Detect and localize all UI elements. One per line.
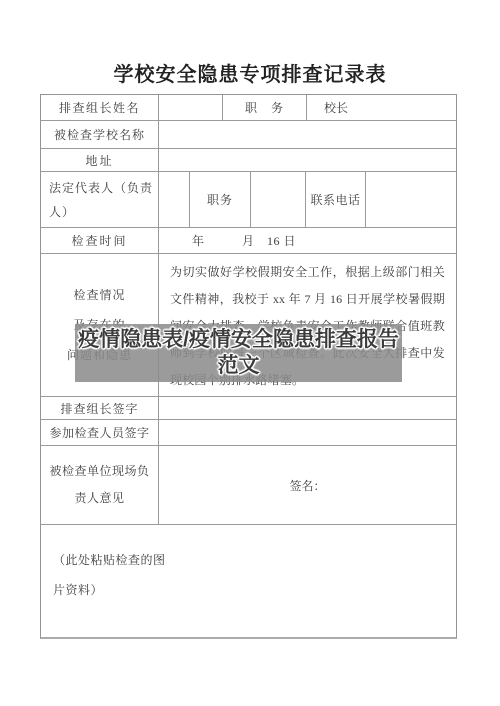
table-row-inspection-time: 检查时间 年 月 16 日	[41, 228, 456, 254]
inspection-time-value: 年 月 16 日	[159, 228, 456, 253]
address-value-cell	[159, 149, 456, 171]
table-row-legal-representative: 法定代表人（负责人） 职务 联系电话	[41, 172, 456, 228]
rep-duty-label: 职务	[190, 172, 251, 227]
address-label: 地址	[41, 149, 159, 171]
leader-signature-value-cell	[159, 397, 456, 419]
unit-opinion-label: 被检查单位现场负责人意见	[41, 446, 159, 524]
school-name-label: 被检查学校名称	[41, 121, 159, 148]
participants-signature-label: 参加检查人员签字	[41, 420, 159, 445]
phone-value-cell	[366, 172, 456, 227]
legal-rep-value-cell	[159, 172, 190, 227]
watermark-overlay: 疫情隐患表/疫情安全隐患排查报告 范文	[75, 324, 402, 382]
photo-area-cell: （此处粘贴检查的图片资料）	[41, 525, 456, 640]
inspection-time-label: 检查时间	[41, 228, 159, 253]
legal-rep-label: 法定代表人（负责人）	[41, 172, 159, 227]
table-row-leader-signature: 排查组长签字	[41, 397, 456, 420]
leader-signature-label: 排查组长签字	[41, 397, 159, 419]
table-row-participants-signature: 参加检查人员签字	[41, 420, 456, 446]
photo-note: （此处粘贴检查的图片资料）	[53, 545, 173, 605]
unit-opinion-sign-cell: 签名：	[159, 446, 456, 524]
table-row-unit-opinion: 被检查单位现场负责人意见 签名：	[41, 446, 456, 525]
participants-signature-value-cell	[159, 420, 456, 445]
table-row-address: 地址	[41, 149, 456, 172]
duty-value-cell: 校长	[307, 95, 456, 120]
leader-name-label: 排查组长姓名	[41, 95, 159, 120]
table-row-school-name: 被检查学校名称	[41, 121, 456, 149]
table-row-leader-name: 排查组长姓名 职 务 校长	[41, 95, 456, 121]
duty-label: 职 务	[223, 95, 307, 120]
table-row-photo-area: （此处粘贴检查的图片资料）	[41, 525, 456, 640]
watermark-line2: 范文	[218, 353, 260, 379]
page-title: 学校安全隐患专项排查记录表	[0, 58, 500, 87]
phone-label: 联系电话	[306, 172, 366, 227]
situation-label-line1: 检查情况	[73, 280, 125, 310]
school-name-value-cell	[159, 121, 456, 148]
leader-name-value-cell	[159, 95, 223, 120]
rep-duty-value-cell	[251, 172, 306, 227]
watermark-line1: 疫情隐患表/疫情安全隐患排查报告	[78, 327, 399, 353]
